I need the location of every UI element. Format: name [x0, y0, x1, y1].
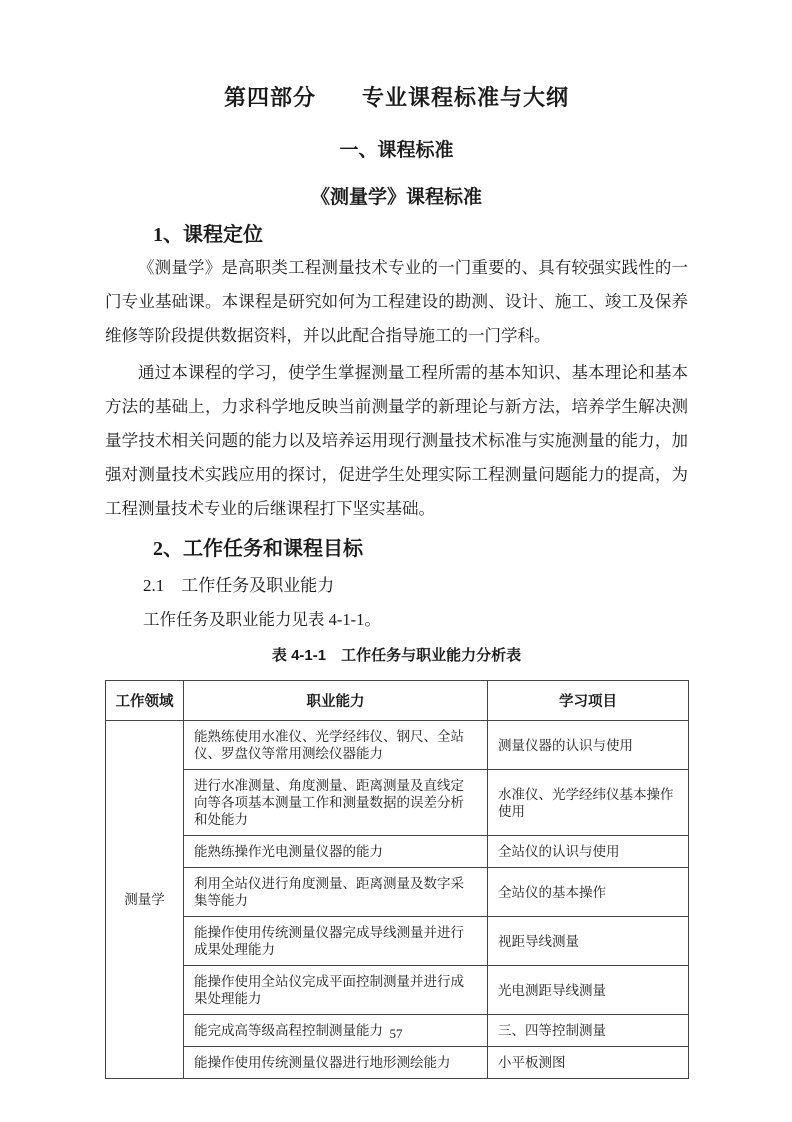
table-row: 测量学 能熟练使用水准仪、光学经纬仪、钢尺、全站仪、罗盘仪等常用测绘仪器能力 测… — [106, 721, 689, 770]
project-cell: 测量仪器的认识与使用 — [488, 721, 689, 770]
column-header-project: 学习项目 — [488, 681, 689, 721]
work-domain-cell: 测量学 — [106, 721, 184, 1079]
ability-cell: 能熟练使用水准仪、光学经纬仪、钢尺、全站仪、罗盘仪等常用测绘仪器能力 — [184, 721, 488, 770]
project-cell: 视距导线测量 — [488, 917, 689, 966]
ability-cell: 利用全站仪进行角度测量、距离测量及数字采集等能力 — [184, 868, 488, 917]
page-number: 57 — [0, 1026, 792, 1042]
project-cell: 全站仪的基本操作 — [488, 868, 689, 917]
course-standard-title: 《测量学》课程标准 — [105, 186, 688, 210]
document-page: 第四部分 专业课程标准与大纲 一、课程标准 《测量学》课程标准 1、课程定位 《… — [0, 0, 792, 1122]
column-header-work-domain: 工作领域 — [106, 681, 184, 721]
task-ability-analysis-table: 工作领域 职业能力 学习项目 测量学 能熟练使用水准仪、光学经纬仪、钢尺、全站仪… — [105, 680, 689, 1079]
table-row: 利用全站仪进行角度测量、距离测量及数字采集等能力 全站仪的基本操作 — [106, 868, 689, 917]
ability-cell: 能操作使用传统测量仪器进行地形测绘能力 — [184, 1047, 488, 1079]
project-cell: 水准仪、光学经纬仪基本操作使用 — [488, 770, 689, 836]
ability-cell: 能操作使用传统测量仪器完成导线测量并进行成果处理能力 — [184, 917, 488, 966]
ability-cell: 进行水准测量、角度测量、距离测量及直线定向等各项基本测量工作和测量数据的误差分析… — [184, 770, 488, 836]
table-row: 能操作使用传统测量仪器进行地形测绘能力 小平板测图 — [106, 1047, 689, 1079]
section-title: 一、课程标准 — [105, 139, 688, 163]
paragraph-course-intro: 《测量学》是高职类工程测量技术专业的一门重要的、具有较强实践性的一门专业基础课。… — [105, 251, 688, 353]
page-content: 第四部分 专业课程标准与大纲 一、课程标准 《测量学》课程标准 1、课程定位 《… — [0, 0, 792, 1079]
project-cell: 全站仪的认识与使用 — [488, 836, 689, 868]
project-cell: 光电测距导线测量 — [488, 966, 689, 1015]
table-header-row: 工作领域 职业能力 学习项目 — [106, 681, 689, 721]
part-title: 第四部分 专业课程标准与大纲 — [105, 84, 688, 112]
table-caption: 表 4-1-1 工作任务与职业能力分析表 — [105, 646, 688, 666]
subheading-tasks-abilities: 2.1 工作任务及职业能力 — [143, 575, 688, 597]
table-intro-text: 工作任务及职业能力见表 4-1-1。 — [143, 609, 688, 631]
table-row: 能熟练操作光电测量仪器的能力 全站仪的认识与使用 — [106, 836, 689, 868]
table-row: 能操作使用传统测量仪器完成导线测量并进行成果处理能力 视距导线测量 — [106, 917, 689, 966]
ability-cell: 能熟练操作光电测量仪器的能力 — [184, 836, 488, 868]
table-row: 进行水准测量、角度测量、距离测量及直线定向等各项基本测量工作和测量数据的误差分析… — [106, 770, 689, 836]
heading-course-positioning: 1、课程定位 — [153, 222, 688, 248]
ability-cell: 能操作使用全站仪完成平面控制测量并进行成果处理能力 — [184, 966, 488, 1015]
column-header-ability: 职业能力 — [184, 681, 488, 721]
paragraph-course-goals: 通过本课程的学习，使学生掌握测量工程所需的基本知识、基本理论和基本方法的基础上，… — [105, 356, 688, 526]
project-cell: 小平板测图 — [488, 1047, 689, 1079]
heading-tasks-and-goals: 2、工作任务和课程目标 — [153, 536, 688, 562]
table-row: 能操作使用全站仪完成平面控制测量并进行成果处理能力 光电测距导线测量 — [106, 966, 689, 1015]
